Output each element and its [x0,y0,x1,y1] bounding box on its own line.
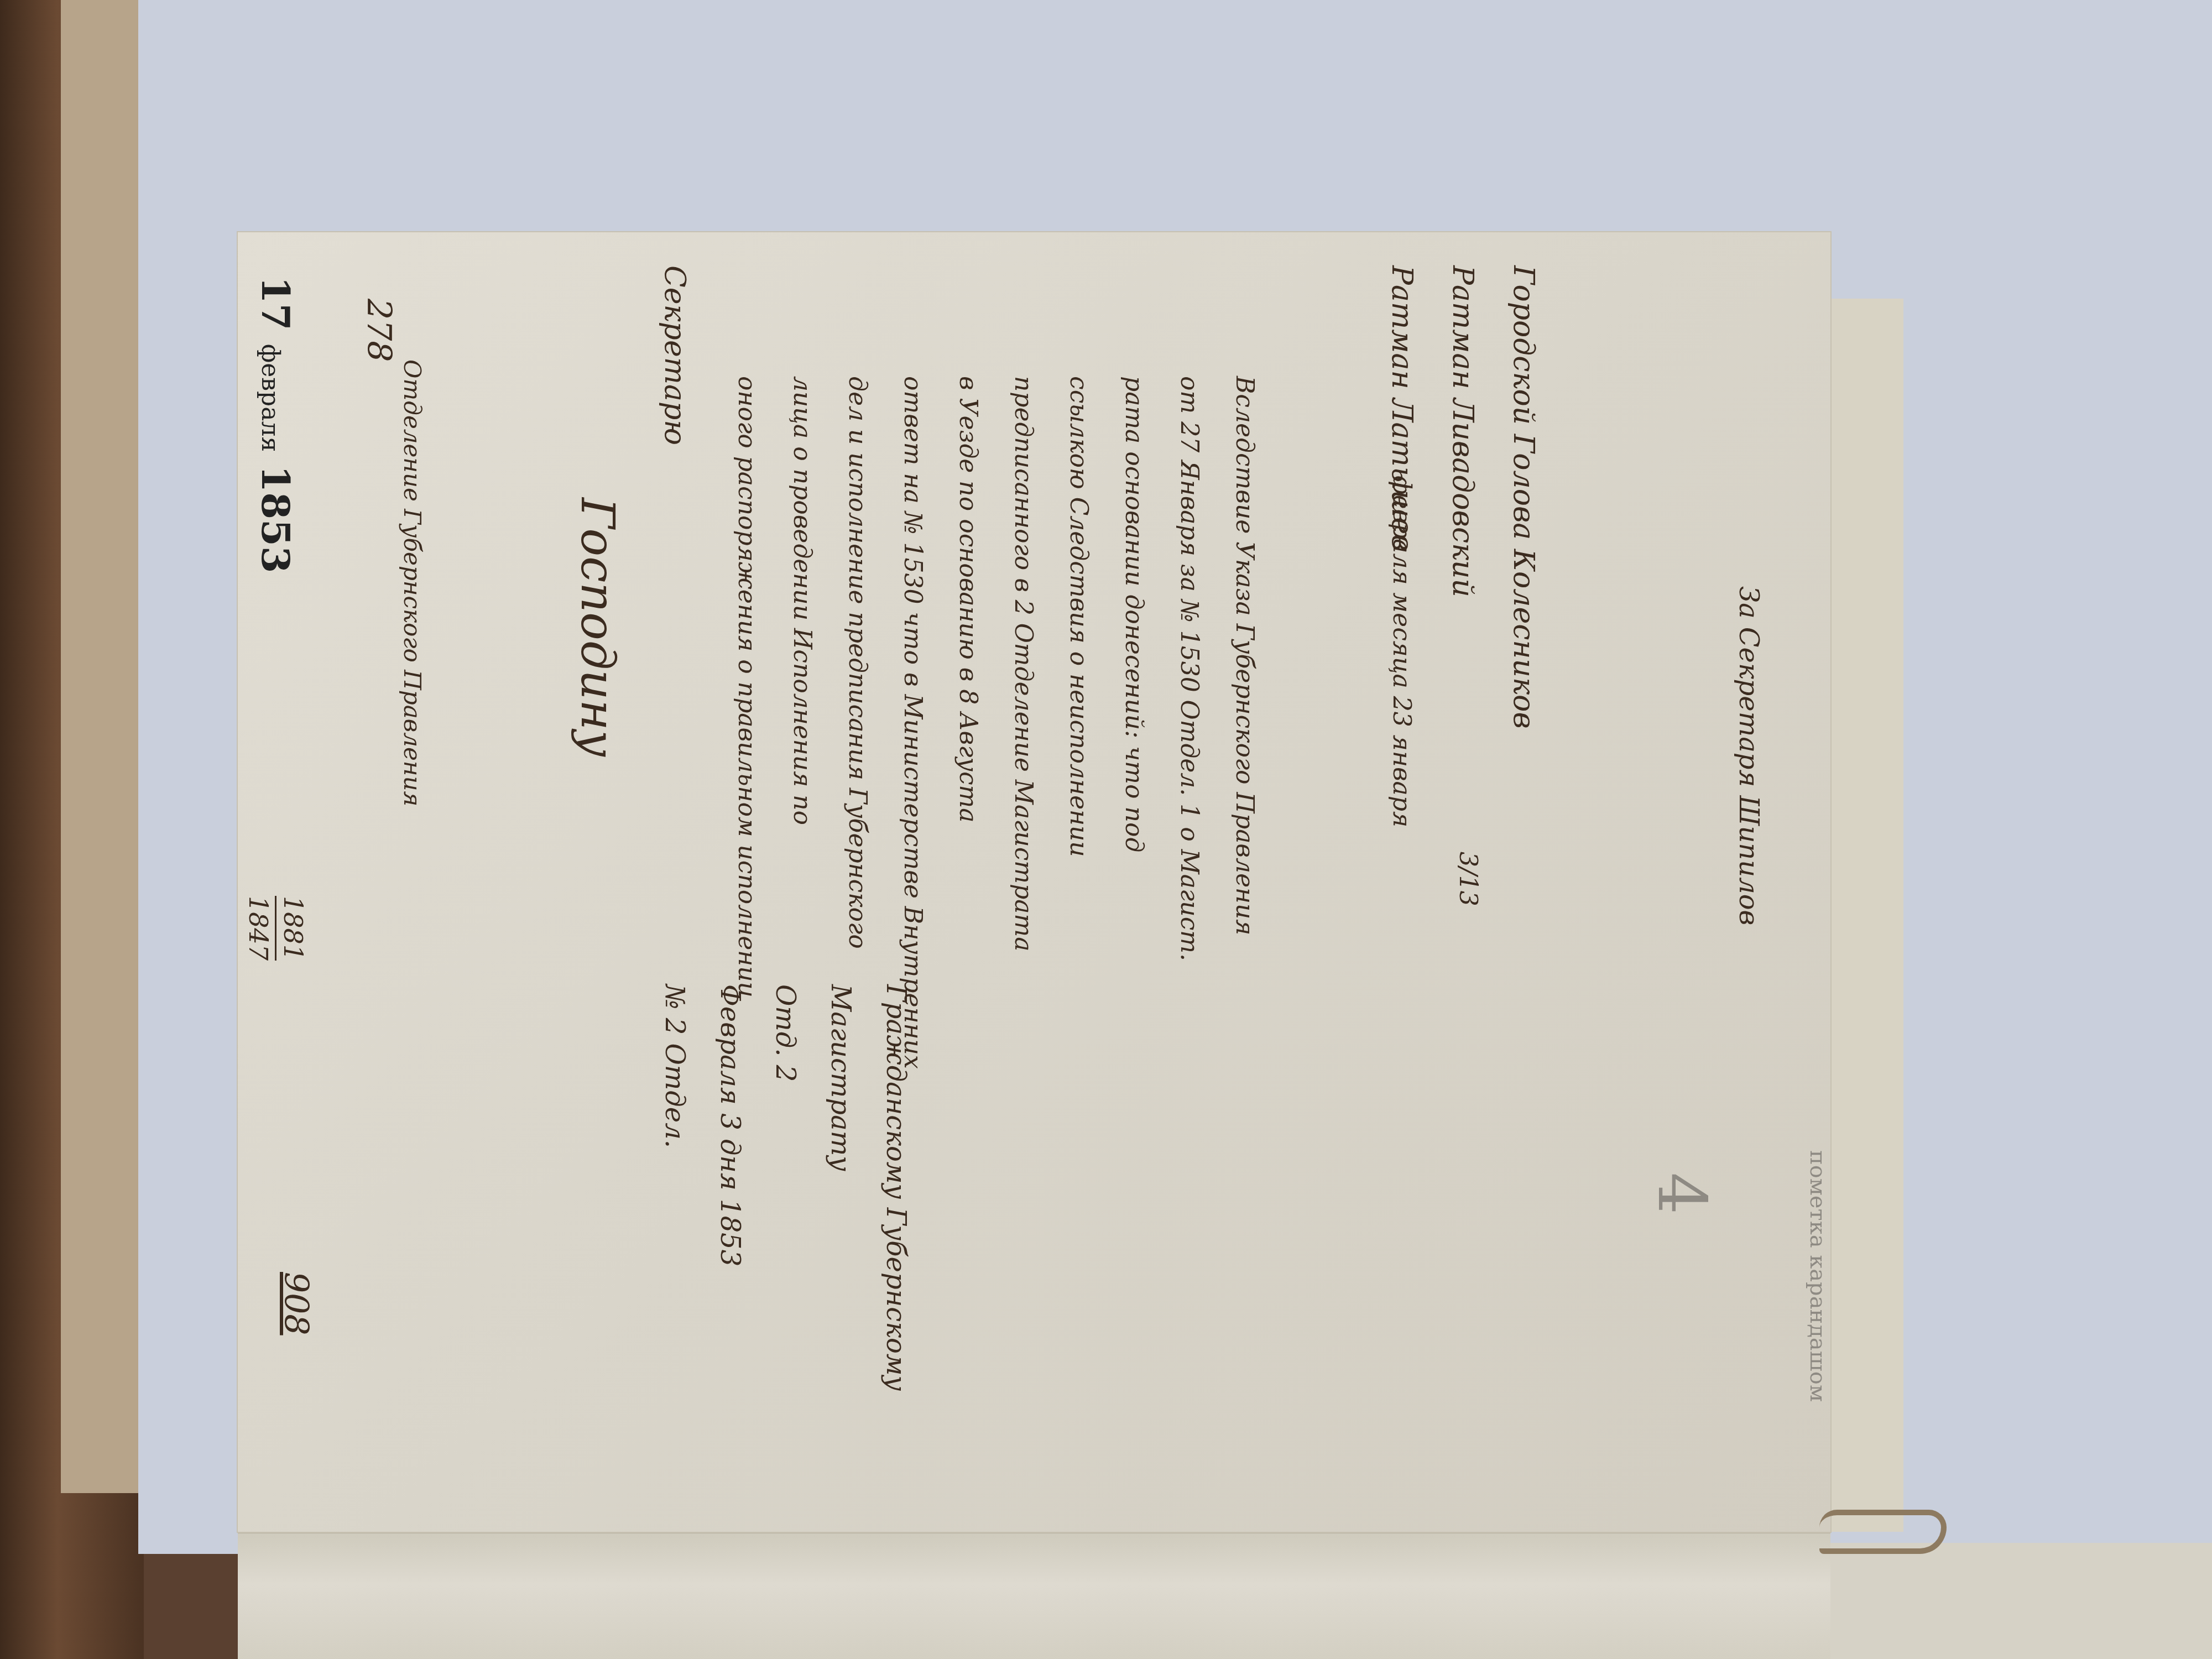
fraction-bottom: 1847 [242,896,276,961]
stamp-day: 17 [253,276,299,330]
signature-ratman-2: Ратман Латышев [1371,265,1432,729]
pencil-mark-number: 4 [1643,1172,1720,1214]
signature-mayor: Городской Голова Колесников [1493,265,1554,729]
reference-number: 3/13 [1454,852,1482,906]
signatures: Городской Голова Колесников Ратман Ливад… [1371,265,1554,729]
date-stamp: 17 февраля 1853 [253,276,299,573]
stamp-month: февраля [256,344,284,452]
body-line: рата основании донесений: что под [1106,376,1161,1069]
registry-number: 278 [359,299,398,362]
side-fraction: 1881 1847 [242,896,310,961]
body-line: оного распоряжения о правильном исполнен… [719,376,774,1069]
stamp-year: 1853 [253,466,299,573]
header-line: Отделение Губернского Правления [399,359,426,806]
body-line: ответ на № 1530 что в Министерстве Внутр… [885,376,940,1069]
body-line: Вследствие Указа Губернского Правления [1217,376,1272,1069]
document-body: Вследствие Указа Губернского Правления о… [719,376,1272,1069]
body-line: дел и исполнение предписания Губернского [830,376,885,1069]
fraction-top: 1881 [276,896,310,961]
addressee-title: Господину [571,498,625,757]
body-line: предписанного в 2 Отделение Магистрата [995,376,1051,1069]
binding-string [1819,1510,1947,1554]
body-line: ссылкою Следствия о неисполнении [1051,376,1106,1069]
addressee-secondary: Секретарю [658,265,691,445]
document-sheet: 17 февраля 1853 278 Отделение Губернског… [238,232,1830,1532]
body-line: лица о проведении Исполнения по [774,376,830,1069]
corner-number: 908 [276,1272,315,1335]
pencil-note: пометка карандашом [1805,1150,1830,1402]
signature-ratman-1: Ратман Ливадовский [1432,265,1493,729]
body-line: в Уезде по основанию в 8 Августа [940,376,995,1069]
signature-secretary: За Секретаря Шипилов [1733,586,1764,926]
folded-page-right [1830,1543,2212,1659]
folded-lower-page [238,1532,1830,1659]
body-line: от 27 Января за № 1530 Отдел. 1 о Магист… [1161,376,1217,1069]
